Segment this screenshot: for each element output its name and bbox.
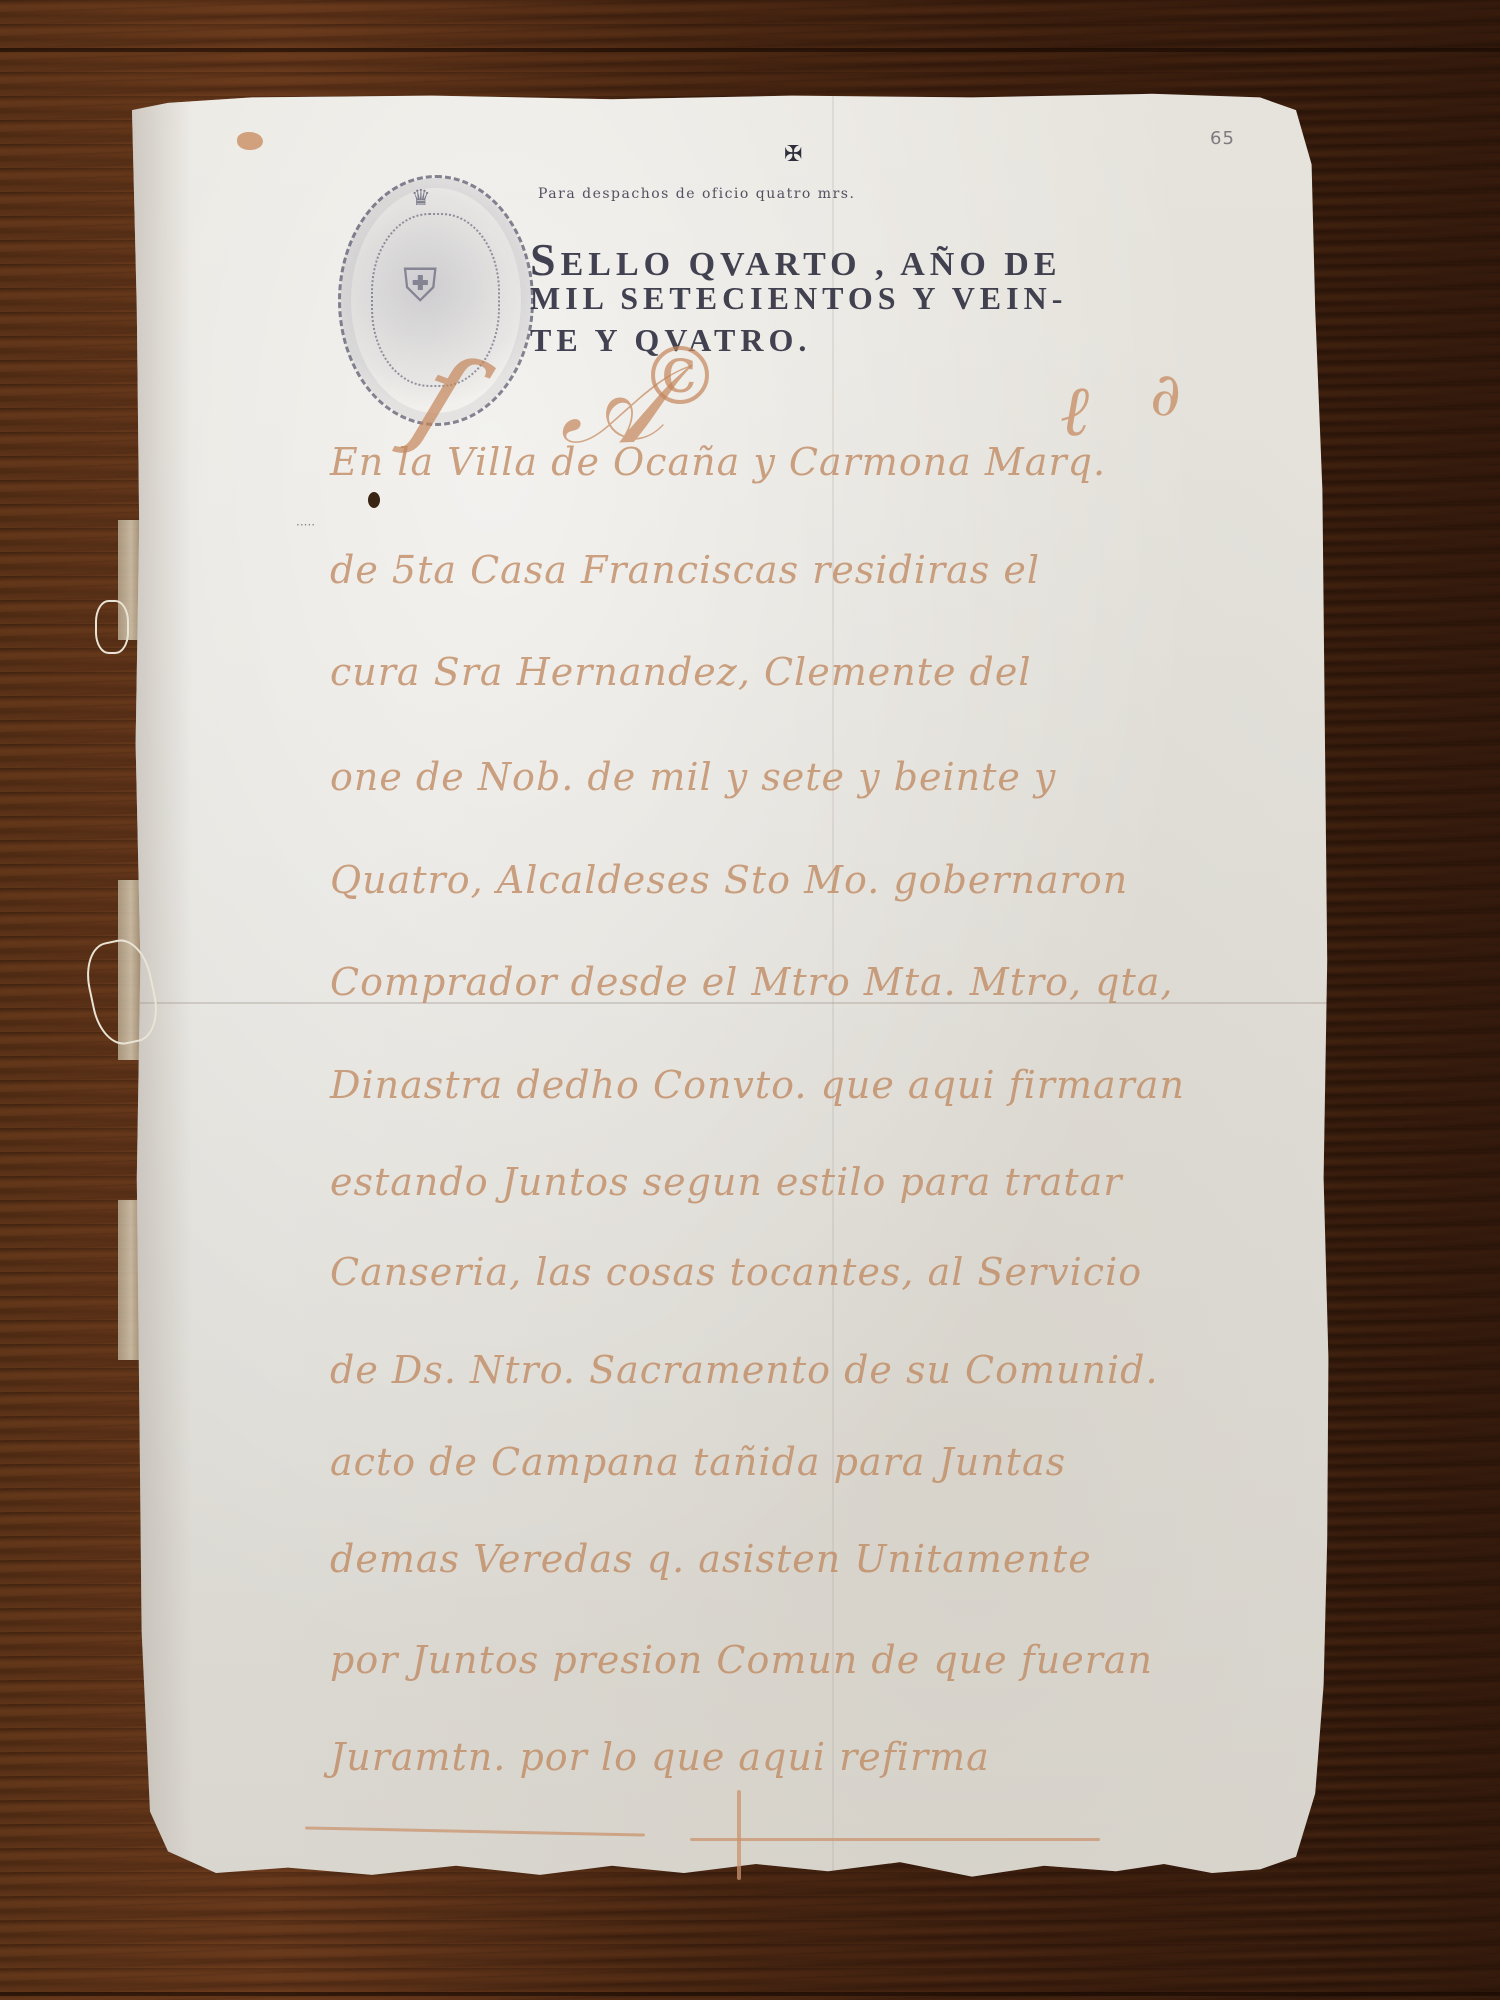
wood-plank-seam bbox=[0, 1992, 1500, 1996]
handwritten-line: de Ds. Ntro. Sacramento de su Comunid. bbox=[330, 1348, 1230, 1392]
header-line-1-text: ELLO QVARTO , AÑO DE bbox=[561, 246, 1062, 283]
handwritten-line: por Juntos presion Comun de que fueran bbox=[330, 1638, 1230, 1682]
closing-ink-rule bbox=[690, 1838, 1100, 1841]
ink-flourish: ∂ bbox=[1150, 360, 1181, 430]
handwritten-line: Quatro, Alcaldeses Sto Mo. gobernaron bbox=[330, 858, 1230, 902]
wood-plank-seam bbox=[0, 48, 1500, 52]
header-line-2: MIL SETECIENTOS Y VEIN- bbox=[530, 280, 1067, 317]
handwritten-line: one de Nob. de mil y sete y beinte y bbox=[330, 755, 1230, 799]
handwritten-line: cura Sra Hernandez, Clemente del bbox=[330, 650, 1230, 694]
folio-number: 65 bbox=[1210, 128, 1235, 149]
handwritten-line: de 5ta Casa Franciscas residiras el bbox=[330, 548, 1230, 592]
handwritten-line: En la Villa de Ocaña y Carmona Marq. bbox=[330, 440, 1230, 484]
header-initial: S bbox=[530, 234, 561, 285]
cross-icon: ✠ bbox=[784, 142, 802, 167]
header-duty-line: Para despachos de oficio quatro mrs. bbox=[538, 186, 855, 202]
handwritten-line: Comprador desde el Mtro Mta. Mtro, qta, bbox=[330, 960, 1230, 1004]
ink-stain bbox=[237, 132, 263, 150]
header-line-1: SELLO QVARTO , AÑO DE bbox=[530, 233, 1062, 286]
worm-hole bbox=[368, 492, 380, 508]
ink-vertical-stroke bbox=[737, 1790, 741, 1880]
handwritten-line: Dinastra dedho Convto. que aqui firmaran bbox=[330, 1063, 1230, 1107]
binding-thread bbox=[95, 600, 129, 654]
handwritten-line: acto de Campana tañida para Juntas bbox=[330, 1440, 1230, 1484]
handwritten-line: estando Juntos segun estilo para tratar bbox=[330, 1160, 1230, 1204]
handwritten-line: Canseria, las cosas tocantes, al Servici… bbox=[330, 1250, 1230, 1294]
handwritten-line: Juramtn. por lo que aqui refirma bbox=[330, 1735, 1230, 1779]
handwritten-line: demas Veredas q. asisten Unitamente bbox=[330, 1537, 1230, 1581]
marginal-note: ····· bbox=[296, 518, 315, 532]
ink-flourish: © bbox=[640, 330, 720, 423]
crown-icon: ♛ bbox=[411, 186, 431, 211]
shield-icon: ⛨ bbox=[403, 258, 438, 314]
